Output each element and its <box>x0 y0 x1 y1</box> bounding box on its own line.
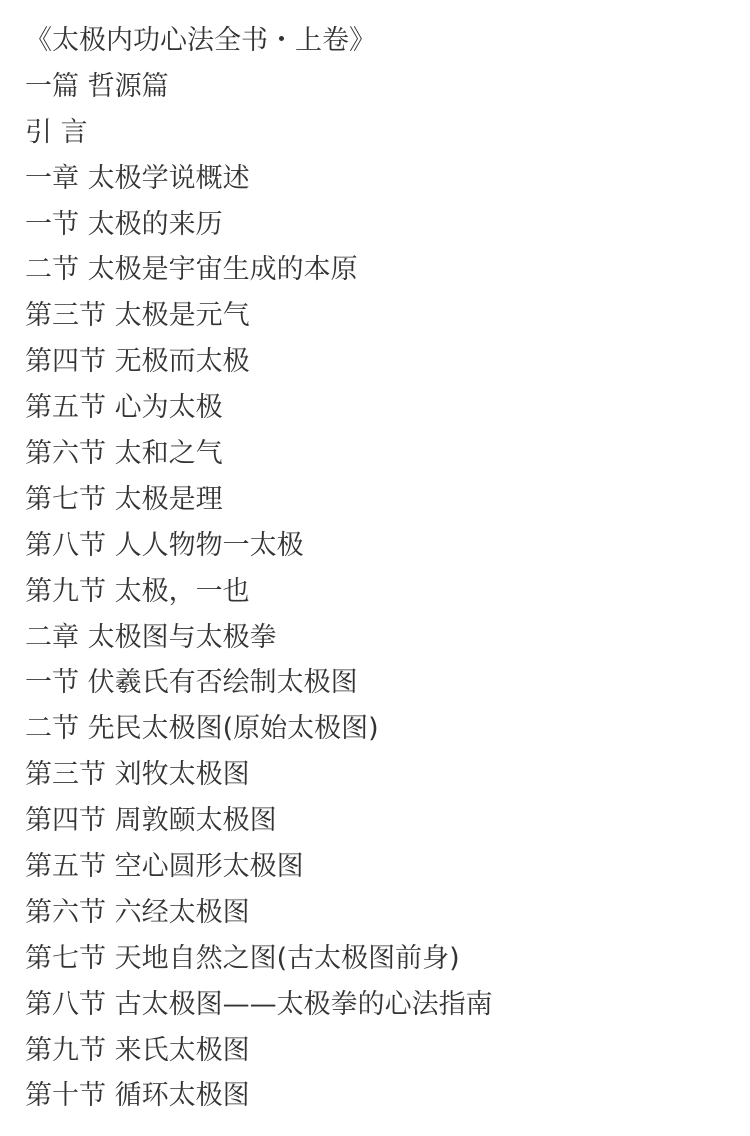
toc-section: 第九节 太极，一也 <box>25 569 493 615</box>
toc-section: 第六节 六经太极图 <box>25 890 493 936</box>
toc-section: 二节 先民太极图(原始太极图) <box>25 706 493 752</box>
toc-section: 第七节 天地自然之图(古太极图前身) <box>25 936 493 982</box>
toc-section: 第八节 人人物物一太极 <box>25 523 493 569</box>
toc-section: 第七节 太极是理 <box>25 477 493 523</box>
toc-section: 第十节 循环太极图 <box>25 1073 493 1119</box>
book-title: 《太极内功心法全书・上卷》 <box>25 18 493 64</box>
toc-chapter-heading: 一章 太极学说概述 <box>25 156 493 202</box>
toc-section: 第四节 周敦颐太极图 <box>25 798 493 844</box>
toc-part-heading: 一篇 哲源篇 <box>25 64 493 110</box>
toc-section: 第三节 太极是元气 <box>25 293 493 339</box>
toc-section: 第八节 古太极图——太极拳的心法指南 <box>25 982 493 1028</box>
toc-section: 第六节 太和之气 <box>25 431 493 477</box>
toc-section: 第三节 刘牧太极图 <box>25 752 493 798</box>
toc-section: 第五节 心为太极 <box>25 385 493 431</box>
toc-section: 第四节 无极而太极 <box>25 339 493 385</box>
toc-section: 第五节 空心圆形太极图 <box>25 844 493 890</box>
toc-chapter-heading: 二章 太极图与太极拳 <box>25 615 493 661</box>
table-of-contents: 《太极内功心法全书・上卷》 一篇 哲源篇 引 言 一章 太极学说概述 一节 太极… <box>25 18 493 1119</box>
toc-section: 一节 伏羲氏有否绘制太极图 <box>25 660 493 706</box>
toc-section: 一节 太极的来历 <box>25 202 493 248</box>
toc-section: 二节 太极是宇宙生成的本原 <box>25 247 493 293</box>
toc-section: 第九节 来氏太极图 <box>25 1028 493 1074</box>
toc-preface: 引 言 <box>25 110 493 156</box>
